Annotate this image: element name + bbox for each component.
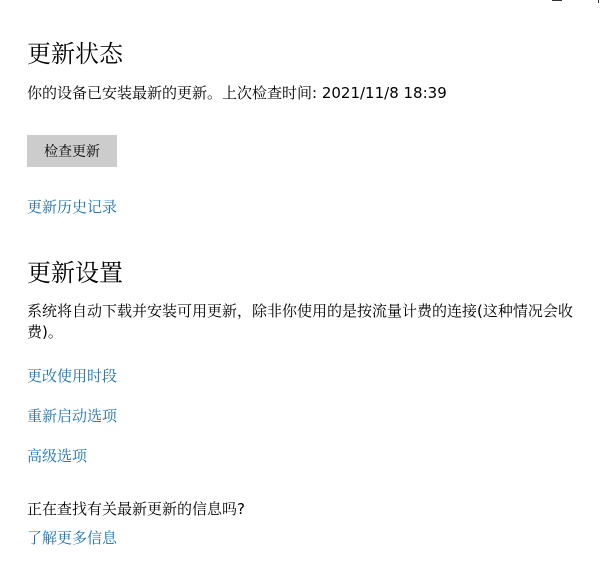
update-history-link[interactable]: 更新历史记录 (27, 196, 117, 217)
minimize-icon[interactable] (552, 0, 562, 1)
update-settings-title: 更新设置 (27, 253, 123, 288)
update-status-text: 你的设备已安装最新的更新。上次检查时间: 2021/11/8 18:39 (27, 83, 447, 104)
learn-more-link[interactable]: 了解更多信息 (27, 527, 117, 548)
window-controls (526, 0, 606, 4)
update-status-title: 更新状态 (27, 34, 123, 69)
change-active-hours-link[interactable]: 更改使用时段 (27, 365, 117, 386)
info-question: 正在查找有关最新更新的信息吗? (27, 499, 245, 520)
check-updates-button[interactable]: 检查更新 (27, 135, 117, 167)
maximize-icon[interactable] (598, 0, 599, 3)
restart-options-link[interactable]: 重新启动选项 (27, 405, 117, 426)
update-settings-description: 系统将自动下载并安装可用更新，除非你使用的是按流量计费的连接(这种情况会收费)。 (27, 301, 582, 343)
advanced-options-link[interactable]: 高级选项 (27, 445, 87, 466)
